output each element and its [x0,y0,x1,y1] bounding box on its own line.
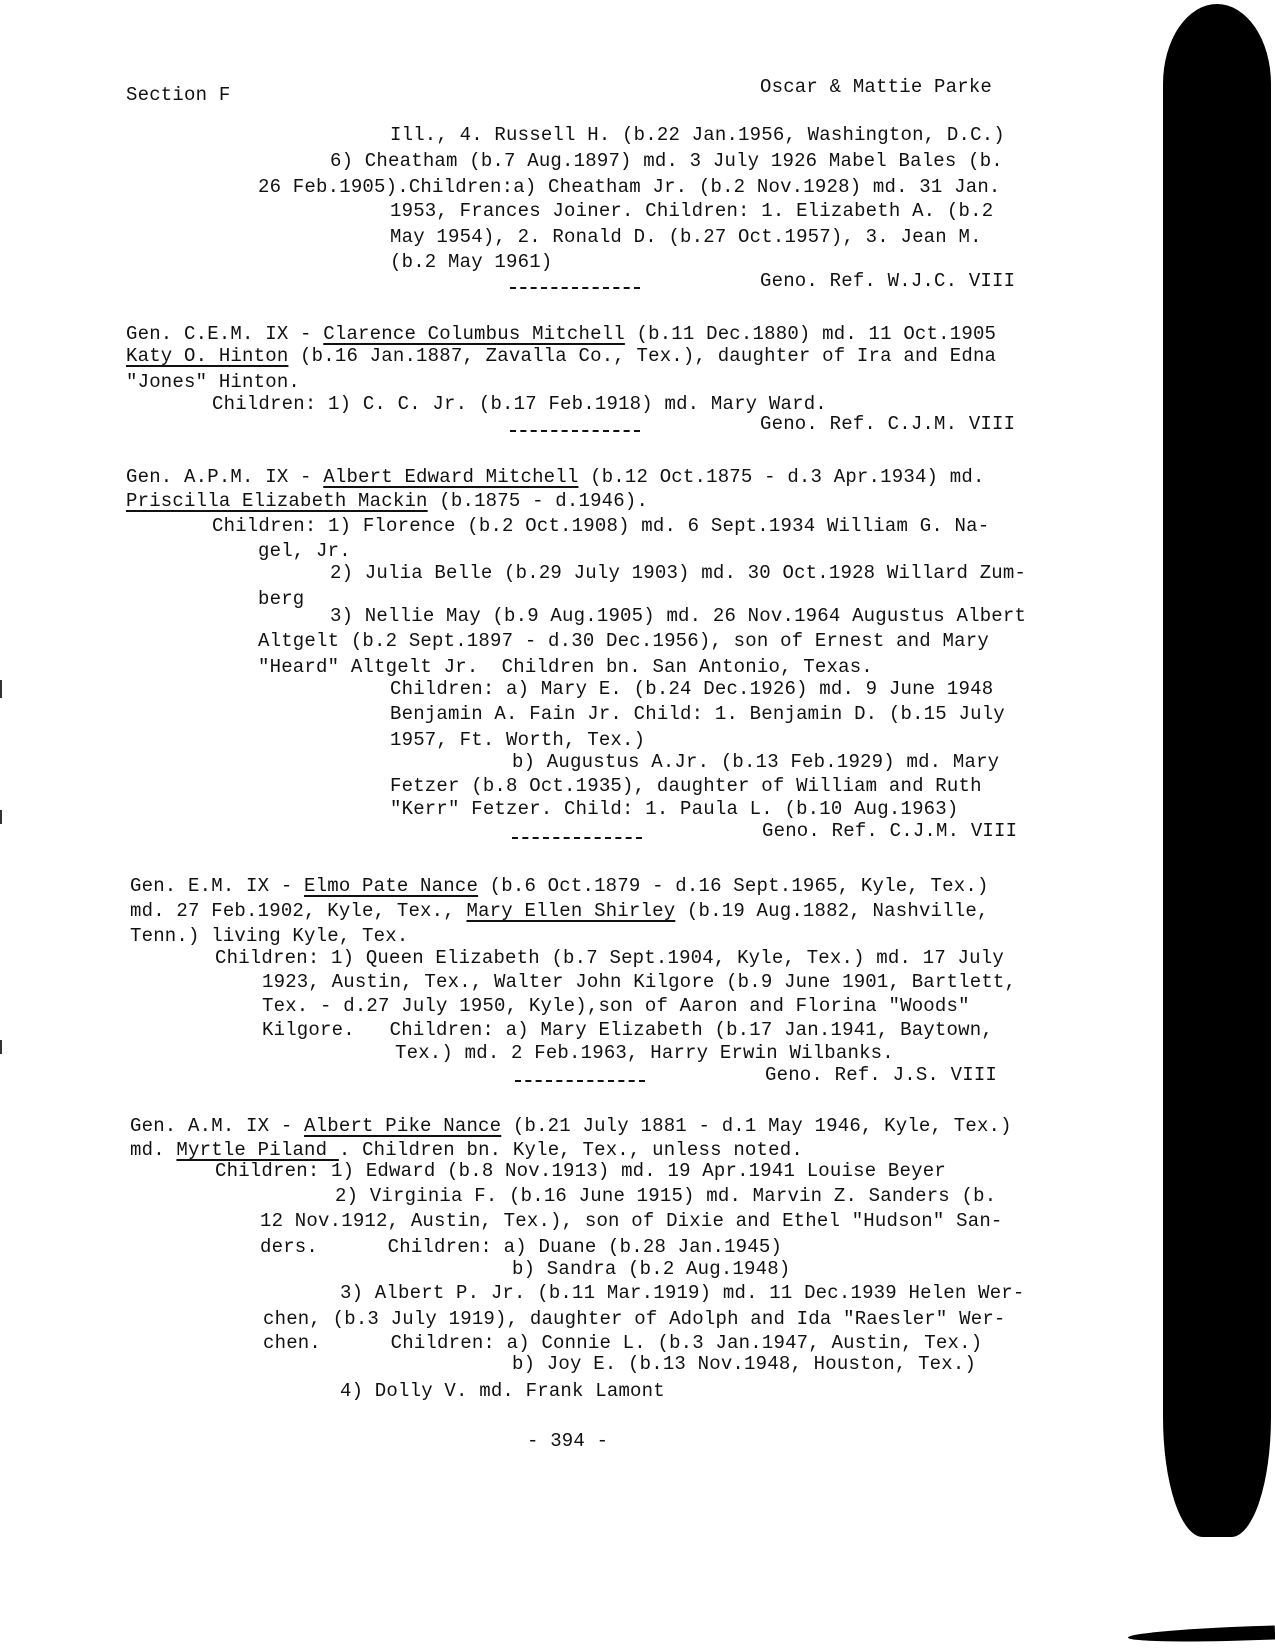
separator [515,1080,645,1082]
geno-ref: Geno. Ref. W.J.C. VIII [760,270,1015,292]
scan-bottom-shadow [1128,1625,1275,1644]
scan-edge-mark [0,810,2,824]
geno-ref: Geno. Ref. J.S. VIII [765,1064,997,1086]
separator [510,430,640,432]
separator [512,837,642,839]
scan-edge-mark [0,680,2,698]
spouse-name: Katy O. Hinton [126,345,288,367]
geno-ref: Geno. Ref. C.J.M. VIII [760,413,1015,435]
person-name: Albert Edward Mitchell [323,466,578,488]
page-number: - 394 - [527,1430,608,1452]
person-name: Albert Pike Nance [304,1115,501,1137]
spouse-name: Myrtle Piland [176,1139,338,1161]
person-name: Elmo Pate Nance [304,875,478,897]
geno-ref: Geno. Ref. C.J.M. VIII [762,820,1017,842]
scan-binding-shadow [1163,4,1271,1537]
section-label: Section F [126,84,230,106]
spouse-name: Mary Ellen Shirley [466,900,675,922]
separator [510,287,640,289]
family-header: Oscar & Mattie Parke [760,76,992,98]
spouse-name: Priscilla Elizabeth Mackin [126,490,428,512]
scan-edge-mark [0,1040,2,1054]
person-name: Clarence Columbus Mitchell [323,323,625,345]
